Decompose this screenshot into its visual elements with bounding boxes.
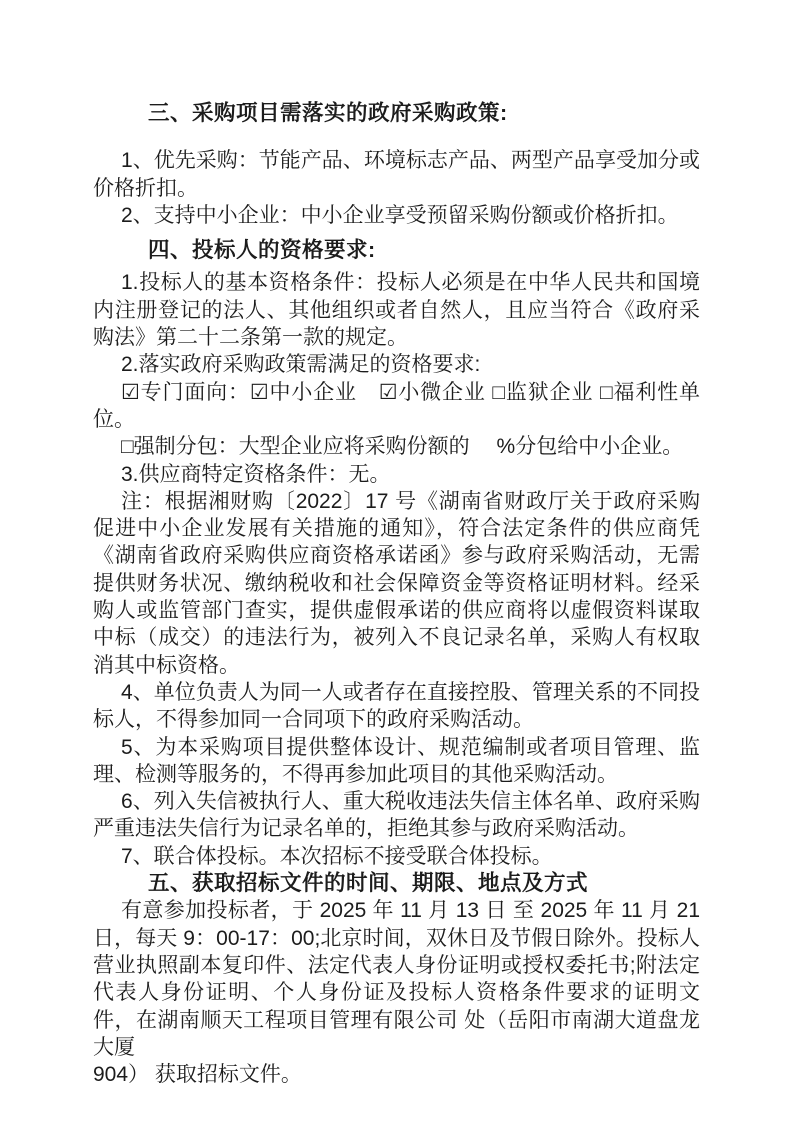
paragraph: 5、为本采购项目提供整体设计、规范编制或者项目管理、监理、检测等服务的，不得再参…: [93, 734, 700, 789]
paragraph-checkbox-line: ☑专门面向：☑中小企业 ☑小微企业 □监狱企业 □福利性单位。: [93, 379, 700, 434]
paragraph-note: 注：根据湘财购〔2022〕17 号《湖南省财政厅关于政府采购促进中小企业发展有关…: [93, 488, 700, 679]
section-heading-5: 五、获取招标文件的时间、期限、地点及方式: [93, 870, 700, 897]
section-heading-3: 三、采购项目需落实的政府采购政策:: [93, 100, 700, 127]
section-obtain-bid-documents: 五、获取招标文件的时间、期限、地点及方式 有意参加投标者，于 2025 年 11…: [93, 870, 700, 1088]
paragraph: 1.投标人的基本资格条件：投标人必须是在中华人民共和国境内注册登记的法人、其他组…: [93, 269, 700, 351]
paragraph: 2.落实政府采购政策需满足的资格要求:: [93, 351, 700, 378]
paragraph: 2、支持中小企业：中小企业享受预留采购份额或价格折扣。: [93, 202, 700, 229]
paragraph-checkbox-line: □强制分包：大型企业应将采购份额的 %分包给中小企业。: [93, 433, 700, 460]
section-procurement-policy: 三、采购项目需落实的政府采购政策: 1、优先采购：节能产品、环境标志产品、两型产…: [93, 100, 700, 229]
paragraph: 7、联合体投标。本次招标不接受联合体投标。: [93, 843, 700, 870]
section-bidder-qualifications: 四、投标人的资格要求: 1.投标人的基本资格条件：投标人必须是在中华人民共和国境…: [93, 237, 700, 870]
paragraph: 有意参加投标者，于 2025 年 11 月 13 日 至 2025 年 11 月…: [93, 897, 700, 1061]
document-page: 三、采购项目需落实的政府采购政策: 1、优先采购：节能产品、环境标志产品、两型产…: [0, 0, 793, 1122]
paragraph-continuation: 904） 获取招标文件。: [93, 1061, 700, 1088]
paragraph: 1、优先采购：节能产品、环境标志产品、两型产品享受加分或价格折扣。: [93, 147, 700, 202]
paragraph: 6、列入失信被执行人、重大税收违法失信主体名单、政府采购严重违法失信行为记录名单…: [93, 788, 700, 843]
paragraph: 3.供应商特定资格条件：无。: [93, 461, 700, 488]
section-heading-4: 四、投标人的资格要求:: [93, 237, 700, 264]
paragraph: 4、单位负责人为同一人或者存在直接控股、管理关系的不同投标人，不得参加同一合同项…: [93, 679, 700, 734]
